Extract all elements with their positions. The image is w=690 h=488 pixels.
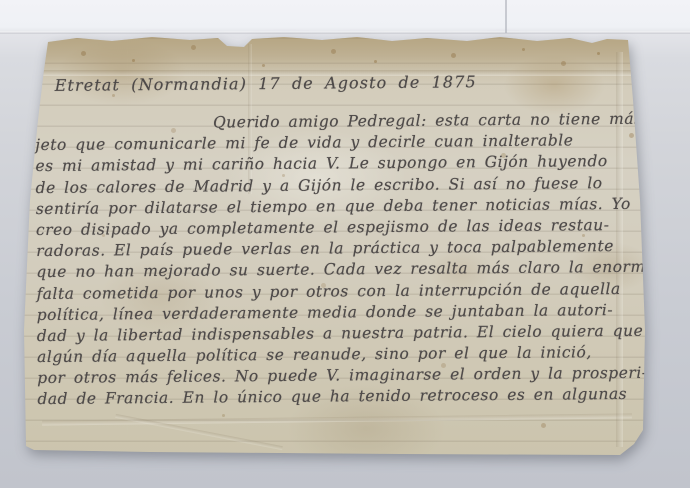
- letter-paper: Etretat (Normandia) 17 de Agosto de 1875…: [22, 34, 648, 458]
- foxing-stains: [22, 34, 25, 37]
- letter-content: Etretat (Normandia) 17 de Agosto de 1875…: [20, 29, 650, 458]
- backdrop-vertical-seam: [505, 0, 507, 33]
- photo-background: Etretat (Normandia) 17 de Agosto de 1875…: [0, 0, 690, 488]
- letter-line: dad de Francia. En lo único que ha tenid…: [37, 384, 643, 410]
- letter-dateline: Etretat (Normandia) 17 de Agosto de 1875: [55, 72, 477, 95]
- paper-surface: Etretat (Normandia) 17 de Agosto de 1875…: [22, 34, 648, 458]
- letter-body: Querido amigo Pedregal: esta carta no ti…: [35, 109, 644, 411]
